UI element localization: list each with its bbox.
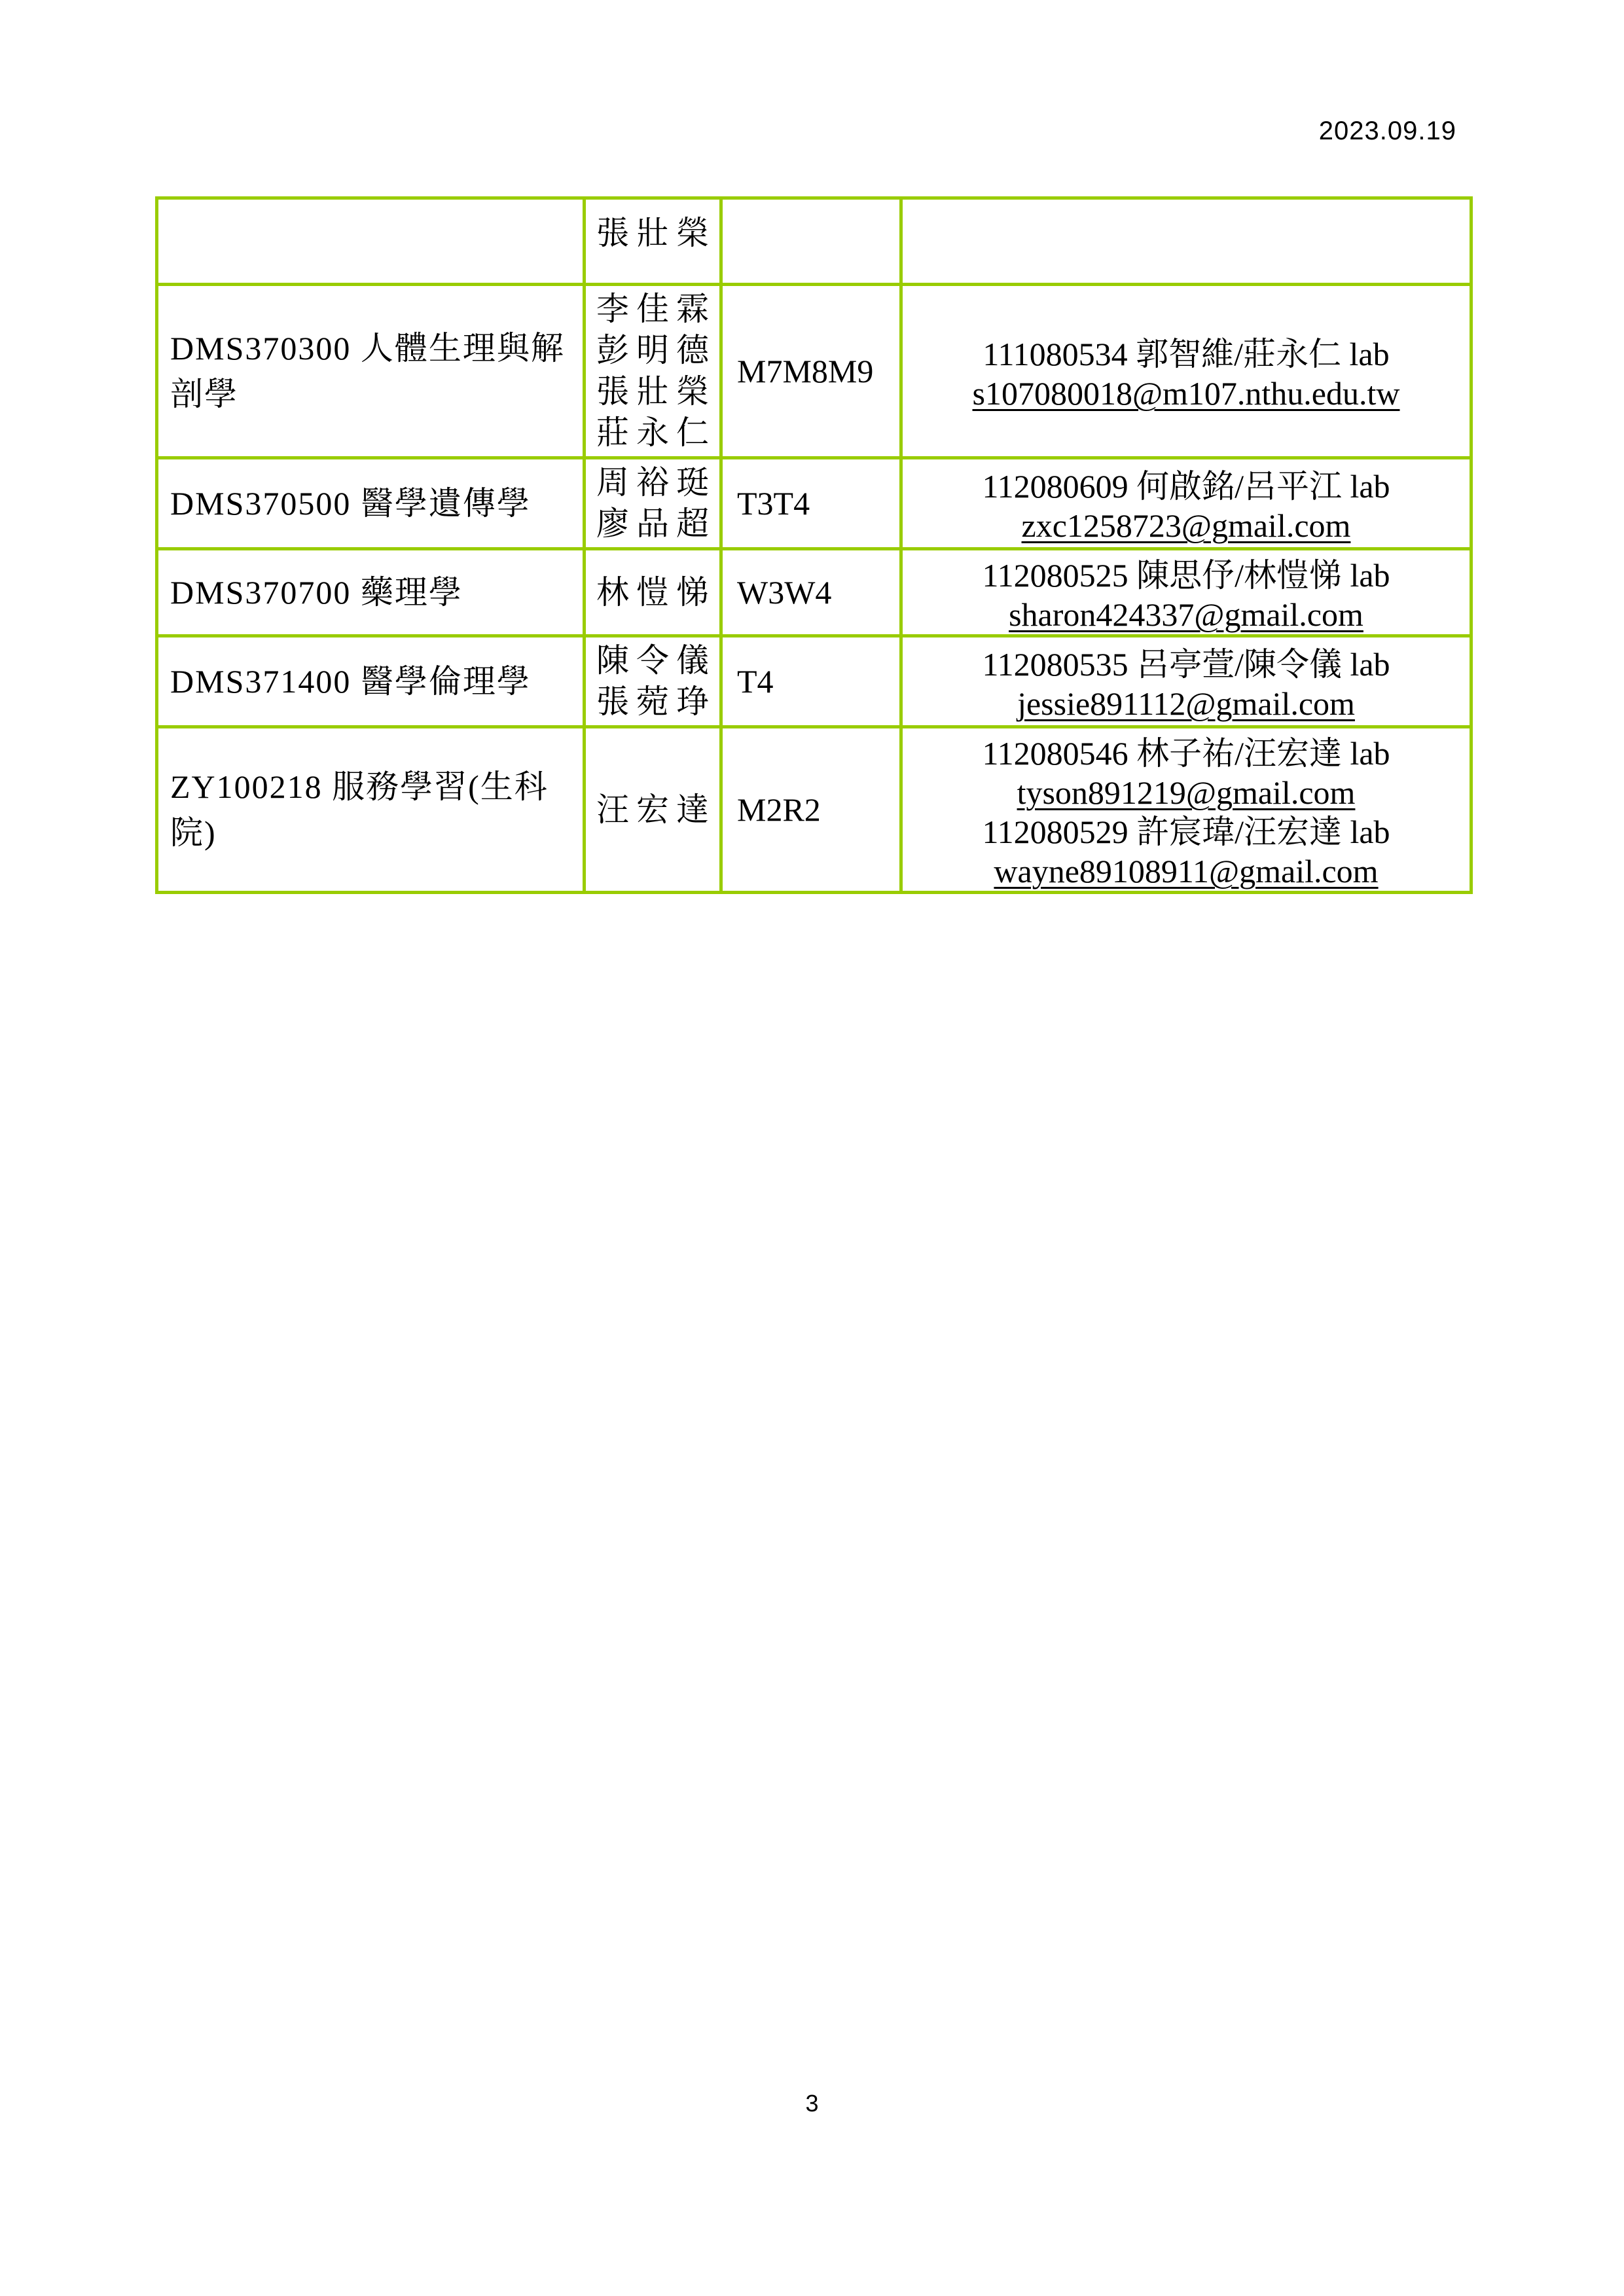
document-page: 2023.09.19 張壯榮 DMS370300 人體生理與解 剖學 李佳霖 彭… <box>0 0 1624 2296</box>
table-row: 張壯榮 <box>157 198 1471 285</box>
instructor-cell: 陳令儀 張菀琤 <box>585 636 721 727</box>
course-cell: DMS371400 醫學倫理學 <box>157 636 585 727</box>
time-cell: M7M8M9 <box>721 285 901 458</box>
time-cell: T4 <box>721 636 901 727</box>
ta-contact-cell: 111080534 郭智維/莊永仁 lab s107080018@m107.nt… <box>901 285 1471 458</box>
table-row: DMS370500 醫學遺傳學 周裕珽 廖品超 T3T4 112080609 何… <box>157 458 1471 549</box>
ta-info-line: 112080609 何啟銘/呂平江 lab <box>909 467 1463 506</box>
ta-info-line: 112080525 陳思伃/林愷悌 lab <box>909 556 1463 595</box>
email-link[interactable]: tyson891219@gmail.com <box>909 773 1463 812</box>
course-cell: DMS370300 人體生理與解 剖學 <box>157 285 585 458</box>
course-cell: DMS370700 藥理學 <box>157 549 585 636</box>
email-link[interactable]: wayne89108911@gmail.com <box>909 852 1463 891</box>
table-row: DMS370700 藥理學 林愷悌 W3W4 112080525 陳思伃/林愷悌… <box>157 549 1471 636</box>
table-row: DMS370300 人體生理與解 剖學 李佳霖 彭明德 張壯榮 莊永仁 M7M8… <box>157 285 1471 458</box>
ta-info-line: 112080529 許宸瑋/汪宏達 lab <box>909 812 1463 852</box>
ta-info-line: 111080534 郭智維/莊永仁 lab <box>909 334 1463 374</box>
email-link[interactable]: s107080018@m107.nthu.edu.tw <box>909 374 1463 413</box>
ta-contact-cell: 112080525 陳思伃/林愷悌 lab sharon424337@gmail… <box>901 549 1471 636</box>
ta-contact-cell <box>901 198 1471 285</box>
instructor-cell: 周裕珽 廖品超 <box>585 458 721 549</box>
course-cell: DMS370500 醫學遺傳學 <box>157 458 585 549</box>
time-cell: W3W4 <box>721 549 901 636</box>
course-cell <box>157 198 585 285</box>
instructor-cell: 林愷悌 <box>585 549 721 636</box>
table-row: DMS371400 醫學倫理學 陳令儀 張菀琤 T4 112080535 呂亭萱… <box>157 636 1471 727</box>
instructor-cell: 李佳霖 彭明德 張壯榮 莊永仁 <box>585 285 721 458</box>
email-link[interactable]: sharon424337@gmail.com <box>909 595 1463 634</box>
course-assignment-table: 張壯榮 DMS370300 人體生理與解 剖學 李佳霖 彭明德 張壯榮 莊永仁 … <box>155 196 1473 894</box>
page-number: 3 <box>0 2092 1624 2115</box>
ta-contact-cell: 112080546 林子祐/汪宏達 lab tyson891219@gmail.… <box>901 727 1471 893</box>
time-cell <box>721 198 901 285</box>
email-link[interactable]: jessie891112@gmail.com <box>909 684 1463 723</box>
ta-contact-cell: 112080609 何啟銘/呂平江 lab zxc1258723@gmail.c… <box>901 458 1471 549</box>
table-row: ZY100218 服務學習(生科 院) 汪宏達 M2R2 112080546 林… <box>157 727 1471 893</box>
ta-info-line: 112080546 林子祐/汪宏達 lab <box>909 734 1463 773</box>
instructor-cell: 汪宏達 <box>585 727 721 893</box>
instructor-cell: 張壯榮 <box>585 198 721 285</box>
time-cell: T3T4 <box>721 458 901 549</box>
document-date: 2023.09.19 <box>1319 118 1456 144</box>
time-cell: M2R2 <box>721 727 901 893</box>
course-cell: ZY100218 服務學習(生科 院) <box>157 727 585 893</box>
email-link[interactable]: zxc1258723@gmail.com <box>909 506 1463 545</box>
ta-info-line: 112080535 呂亭萱/陳令儀 lab <box>909 645 1463 684</box>
ta-contact-cell: 112080535 呂亭萱/陳令儀 lab jessie891112@gmail… <box>901 636 1471 727</box>
